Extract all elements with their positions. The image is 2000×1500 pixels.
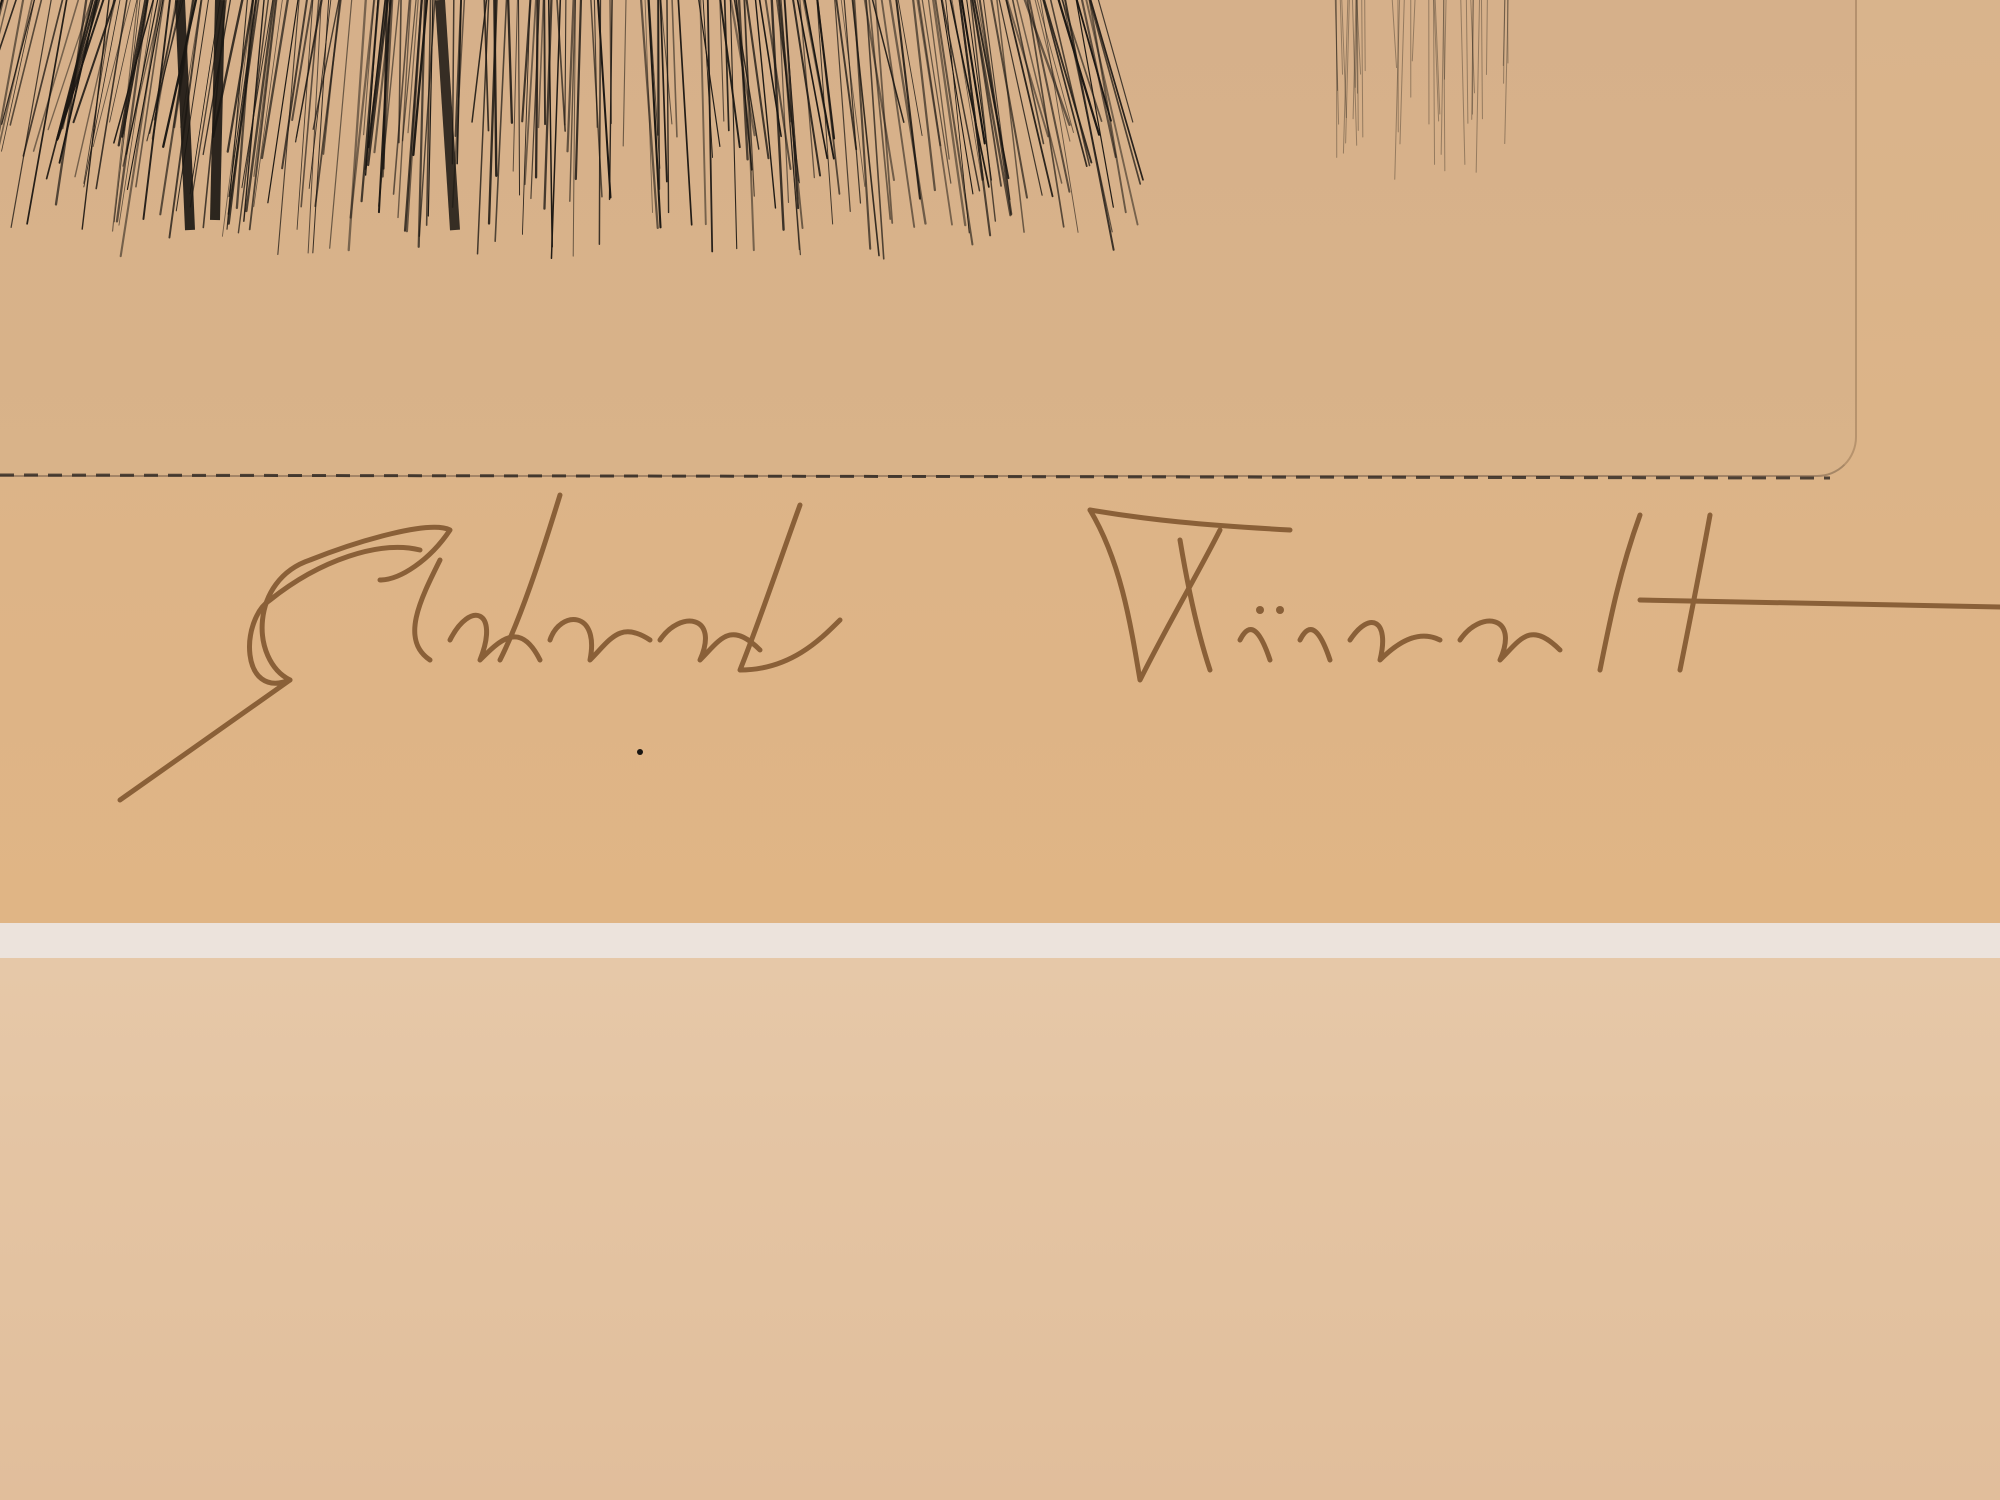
signature: Eduard Wiiralt xyxy=(0,0,2000,1500)
